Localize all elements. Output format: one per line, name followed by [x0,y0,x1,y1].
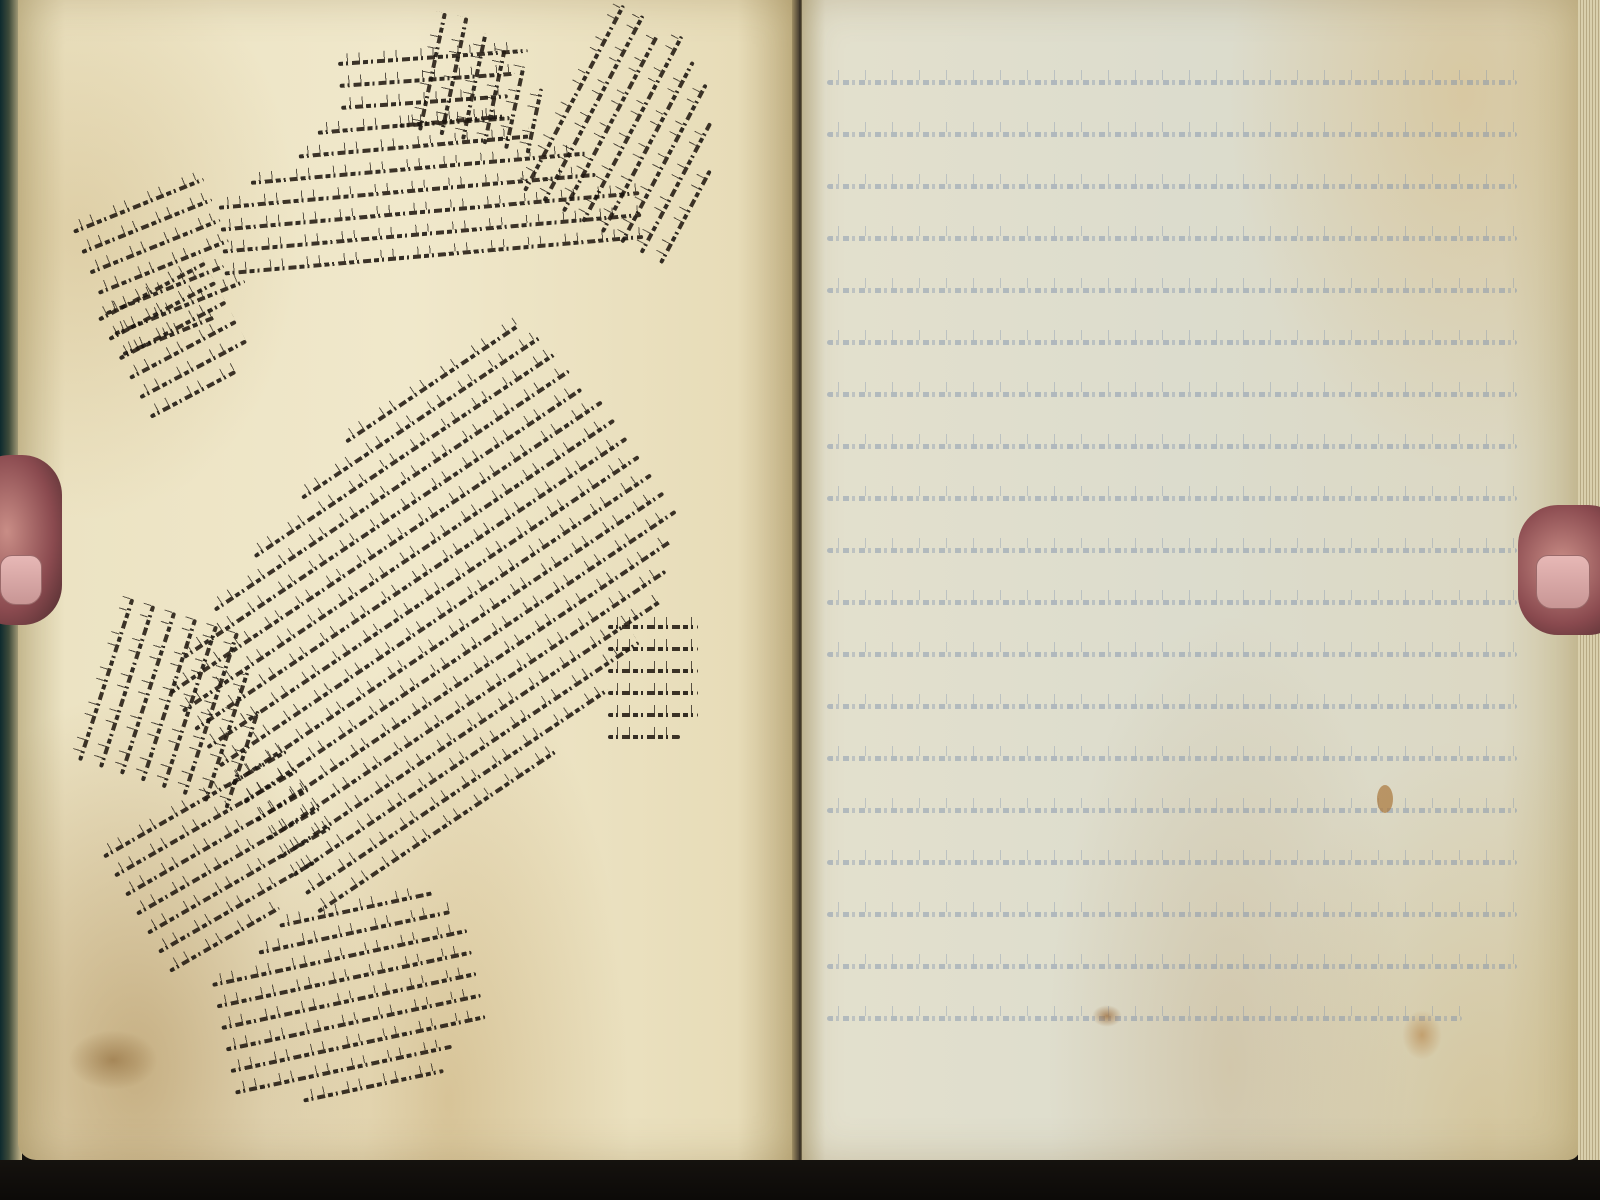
ink-block-center-small-right [608,625,698,757]
foxing-spot [1402,1010,1442,1060]
foxing-spot [1092,1005,1122,1027]
left-thumb [0,455,62,625]
manuscript-photo: Dense marginal commentary written in mul… [0,0,1600,1200]
foxing-spot [1377,785,1393,813]
bleed-through-text [827,80,1517,1068]
right-page: Blank page showing faint blue-grey bleed… [802,0,1580,1160]
right-page-description: Blank page showing faint blue-grey bleed… [802,0,803,1]
right-thumb [1518,505,1600,635]
water-stain [68,1030,158,1090]
left-page: Dense marginal commentary written in mul… [18,0,800,1160]
ink-block-upper-middle [213,103,645,293]
left-page-description: Dense marginal commentary written in mul… [18,0,19,1]
